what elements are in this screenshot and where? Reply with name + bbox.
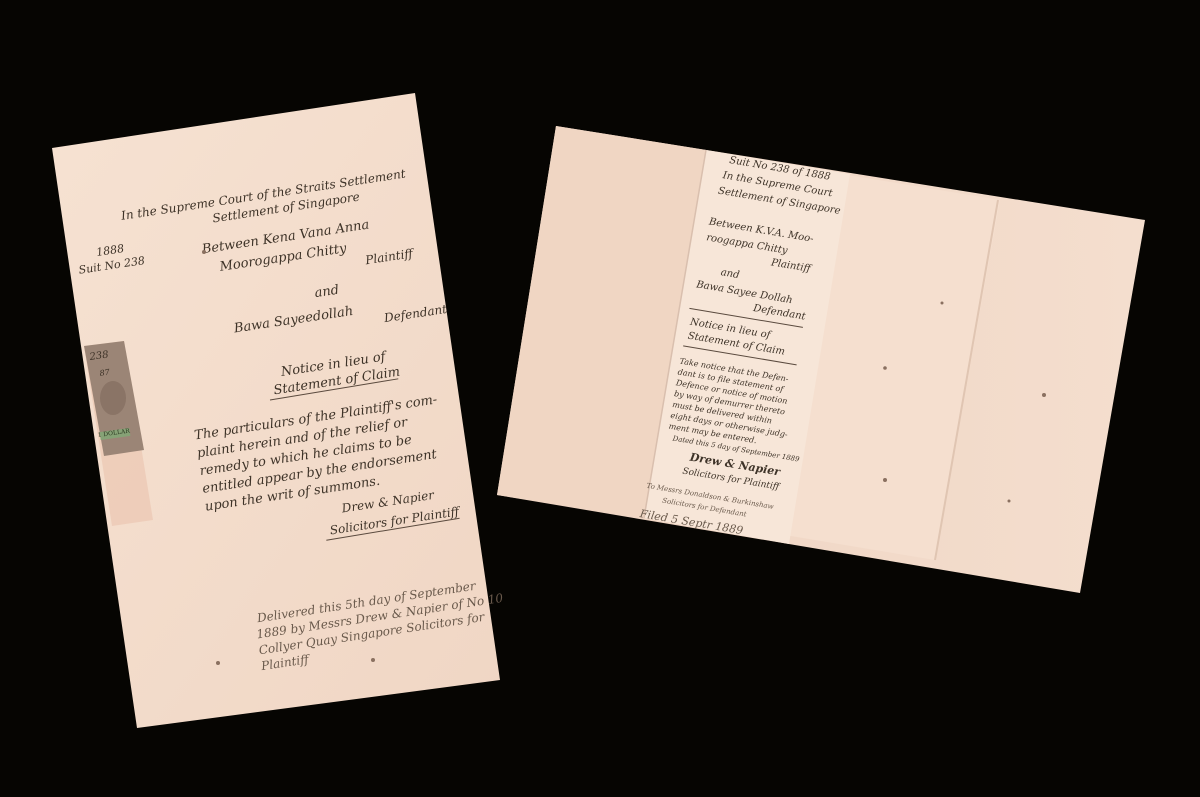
pin-hole [941,302,944,305]
pin-hole [1008,500,1011,503]
pin-hole [883,366,887,370]
pin-hole [883,478,887,482]
stamp-portrait-icon [100,381,126,415]
pin-hole [202,250,206,254]
pin-hole [371,658,375,662]
photo-scene: 238 87 1 DOLLAR 1888 Suit No 238 In the … [0,0,1200,797]
pin-hole [216,661,220,665]
pin-hole [1042,393,1046,397]
